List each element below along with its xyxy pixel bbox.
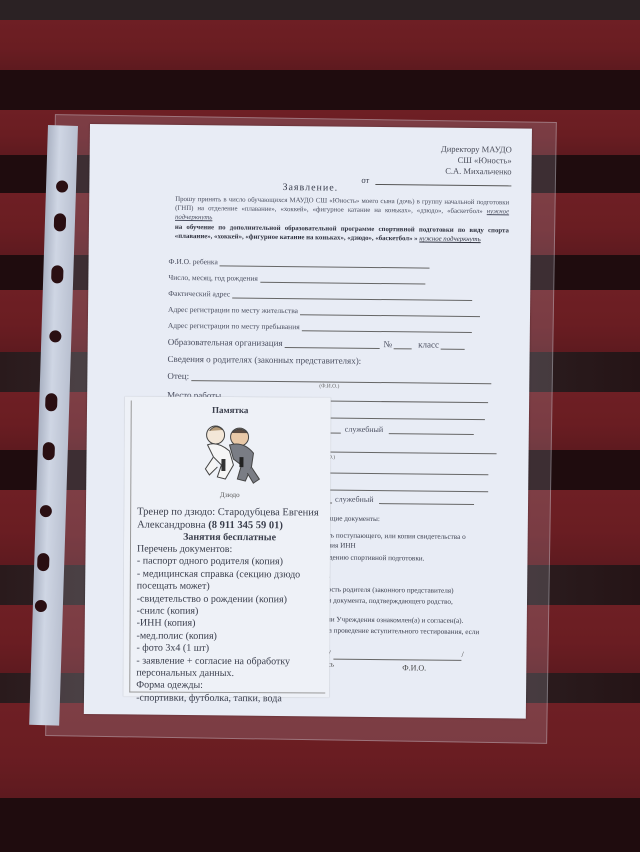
binder-hole [49, 330, 61, 342]
blank-line[interactable] [327, 450, 497, 454]
school-number-label: № [384, 339, 393, 349]
school-blank[interactable] [285, 339, 380, 349]
fio-caption: (Ф.И.О.) [319, 383, 339, 389]
binder-hole [37, 553, 50, 571]
clothes-heading: Форма одежды: [136, 680, 321, 693]
addressee-block: Директору МАУДО СШ «Юность» С.А. Михальч… [441, 144, 512, 178]
bench-gap [0, 70, 640, 110]
memo-content: Памятка Дзюдо Тренер по дзюдо: Стародубц… [129, 400, 327, 693]
field-blank[interactable] [260, 274, 425, 285]
binder-hole [54, 213, 67, 231]
documents-line: ождению спортивной подготовки. [320, 552, 513, 565]
actual-address-field[interactable]: Фактический адрес [168, 289, 472, 301]
document-item: -снилс (копия) [137, 606, 322, 619]
field-blank[interactable] [191, 372, 491, 384]
blank-line[interactable] [327, 416, 485, 420]
blank-line[interactable] [326, 488, 488, 492]
school-field[interactable]: Образовательная организация № класс [168, 337, 465, 350]
grade-label: класс [418, 339, 439, 349]
request-text: Прошу принять в число обучающихся МАУДО … [175, 196, 509, 215]
field-blank[interactable] [302, 322, 472, 333]
bench-gap [0, 798, 640, 852]
request-paragraph: Прошу принять в число обучающихся МАУДО … [175, 195, 509, 225]
binder-hole [35, 600, 47, 612]
field-label: Адрес регистрации по месту жительства [168, 305, 298, 315]
documents-heading: ующие документы: [321, 513, 514, 526]
memo-title: Памятка [138, 405, 323, 416]
slash: / [461, 650, 463, 659]
judo-caption: Дзюдо [137, 491, 322, 500]
field-label: Образовательная организация [168, 337, 283, 348]
parents-heading-text: Сведения о родителях (законных представи… [167, 354, 361, 366]
binder-hole [42, 442, 55, 460]
grade-blank[interactable] [441, 341, 465, 350]
field-label: Число, месяц, год рождения [168, 273, 258, 283]
clothes-item: -спортивки, футболка, тапки, вода [136, 692, 321, 705]
field-label: Ф.И.О. ребенка [169, 257, 218, 267]
bench-top-shadow [0, 0, 640, 20]
document-item: - фото 3х4 (1 шт) [136, 643, 321, 656]
binder-hole [51, 265, 64, 283]
addressee-line: Директору МАУДО [441, 144, 512, 156]
work-phone-field-2[interactable]: служебный [324, 494, 475, 505]
work-phone-field[interactable]: служебный [327, 424, 475, 435]
document-item: персональных данных. [136, 668, 321, 681]
fio-caption: Ф.И.О. [402, 663, 426, 672]
document-item: - паспорт одного родителя (копия) [137, 556, 322, 569]
documents-line: ых. [320, 570, 513, 583]
documents-line: или документа, подтверждающего родство, [320, 595, 513, 608]
field-blank[interactable] [220, 257, 430, 268]
document-item: - медицинская справка (секцию дзюдо [137, 568, 322, 581]
document-item: -мед.полис (копия) [136, 630, 321, 643]
documents-heading: Перечень документов: [137, 544, 322, 557]
field-label: Отец: [167, 371, 189, 381]
coach-info: Тренер по дзюдо: Стародубцева Евгения Ал… [137, 507, 322, 533]
school-number-blank[interactable] [394, 340, 412, 349]
birth-date-field[interactable]: Число, месяц, год рождения [168, 273, 425, 285]
father-field[interactable]: Отец: [167, 371, 491, 384]
judo-illustration [195, 421, 265, 489]
document-item: посещать может) [137, 581, 322, 594]
documents-line: копия ИНН [321, 540, 514, 553]
underline-note: нужное подчеркнуть [419, 235, 480, 243]
field-label: служебный [345, 425, 384, 434]
fio-blank[interactable] [333, 658, 461, 661]
child-name-field[interactable]: Ф.И.О. ребенка [169, 257, 430, 269]
field-label: Адрес регистрации по месту пребывания [168, 321, 300, 331]
field-blank[interactable] [300, 306, 480, 317]
addressee-line: СШ «Юность» [441, 155, 512, 167]
bench-slat [0, 20, 640, 72]
program-paragraph: на обучение по дополнительной образовате… [175, 223, 509, 244]
registration-stay-field[interactable]: Адрес регистрации по месту пребывания [168, 321, 472, 333]
field-blank[interactable] [379, 495, 474, 505]
binder-hole [40, 505, 52, 517]
memo-note: Памятка Дзюдо Тренер по дзюдо: Стародубц… [123, 396, 331, 697]
field-label: Фактический адрес [168, 289, 230, 299]
field-label: служебный [335, 495, 374, 504]
parents-heading: Сведения о родителях (законных представи… [167, 354, 361, 366]
field-blank[interactable] [232, 289, 472, 301]
document-item: -свидетельство о рождении (копия) [137, 593, 322, 606]
judo-fighters-icon [195, 421, 265, 489]
field-blank[interactable] [389, 425, 474, 435]
free-classes-label: Занятия бесплатные [137, 532, 322, 545]
registration-residence-field[interactable]: Адрес регистрации по месту жительства [168, 305, 480, 317]
documents-list: Перечень документов: - паспорт одного ро… [136, 544, 322, 706]
coach-phone: (8 911 345 59 01) [208, 519, 283, 530]
blank-line[interactable] [326, 471, 488, 475]
consent-line: я на проведение вступительного тестирова… [320, 625, 513, 638]
binder-hole [56, 180, 68, 192]
binder-hole [45, 393, 58, 411]
document-item: -ИНН (копия) [137, 618, 322, 631]
document-item: - заявление + согласие на обработку [136, 655, 321, 668]
